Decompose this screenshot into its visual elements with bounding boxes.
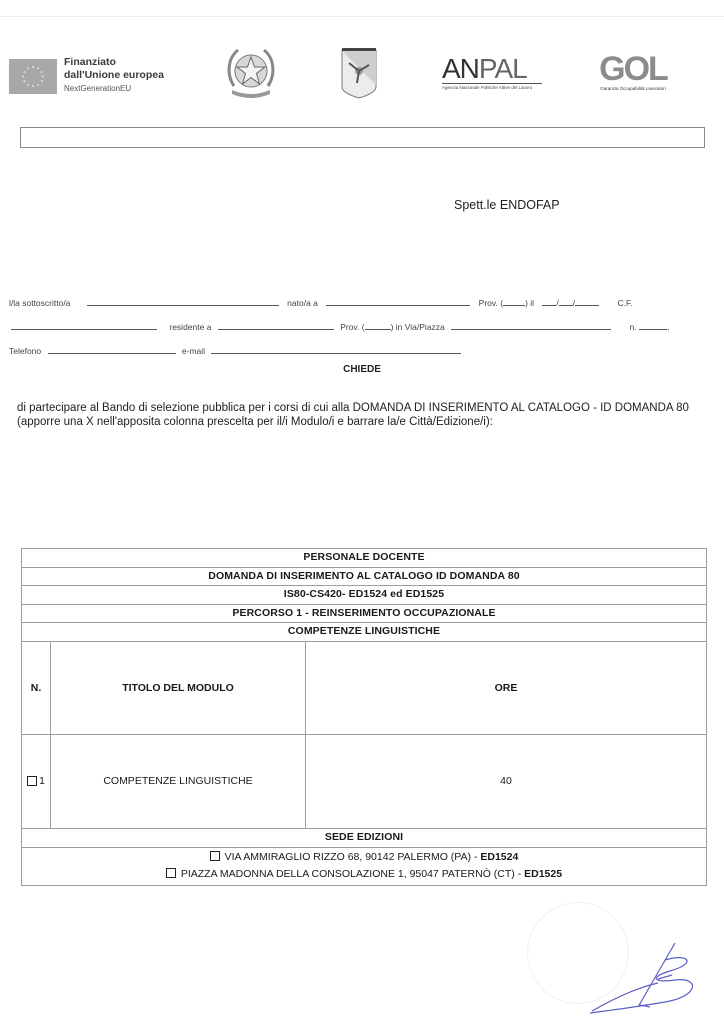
anpal-logo-dark: AN [442, 53, 479, 84]
gol-logo-text: GOL [597, 52, 669, 86]
phone-field[interactable] [48, 344, 176, 354]
label-prov: Prov. ( [479, 298, 503, 308]
eu-label-line3: NextGenerationEU [64, 82, 164, 95]
street-number-field[interactable] [639, 320, 667, 330]
label-email: e-mail [182, 346, 205, 356]
form-line-1: l/la sottoscritto/a nato/a a Prov. () il… [9, 296, 633, 308]
form-line-3: Telefono e-mail [9, 344, 461, 356]
fiscal-code-field[interactable] [11, 320, 157, 330]
page-top-edge [0, 16, 724, 17]
module-title: COMPETENZE LINGUISTICHE [51, 735, 306, 828]
column-headers: N. TITOLO DEL MODULO ORE [22, 642, 706, 735]
eu-flag-icon [9, 59, 57, 94]
emblem-italian-republic-icon [224, 44, 278, 100]
label-born-in: nato/a a [287, 298, 318, 308]
label-resident: residente a [169, 322, 211, 332]
sede-checkbox[interactable] [210, 851, 220, 861]
birth-year-field[interactable] [575, 296, 599, 306]
request-paragraph: di partecipare al Bando di selezione pub… [17, 401, 707, 429]
label-street: ) in Via/Piazza [391, 322, 445, 332]
request-title: CHIEDE [0, 364, 724, 375]
module-hours: 40 [306, 735, 706, 828]
module-number: 1 [39, 775, 45, 787]
coat-of-arms-sicily-icon [341, 47, 377, 99]
eu-label-line2: dall'Unione europea [64, 69, 164, 82]
label-subscriber: l/la sottoscritto/a [9, 298, 70, 308]
label-street-number: n. [630, 322, 637, 332]
residence-province-field[interactable] [365, 320, 391, 330]
column-header-title: TITOLO DEL MODULO [51, 642, 306, 734]
birth-province-field[interactable] [503, 296, 525, 306]
birthplace-field[interactable] [326, 296, 470, 306]
table-row: 1 COMPETENZE LINGUISTICHE 40 [22, 735, 706, 829]
empty-header-box [20, 127, 705, 148]
table-header-area: COMPETENZE LINGUISTICHE [22, 623, 706, 642]
subscriber-name-field[interactable] [87, 296, 279, 306]
label-il: ) il [525, 298, 534, 308]
table-header-catalog: DOMANDA DI INSERIMENTO AL CATALOGO ID DO… [22, 568, 706, 587]
course-table: PERSONALE DOCENTE DOMANDA DI INSERIMENTO… [21, 548, 707, 886]
form-line-2: residente a Prov. () in Via/Piazza n. , [11, 320, 669, 332]
module-checkbox[interactable] [27, 776, 37, 786]
anpal-logo-light: PAL [479, 53, 527, 84]
column-header-n: N. [22, 642, 51, 734]
table-header-staff: PERSONALE DOCENTE [22, 549, 706, 568]
sede-checkbox[interactable] [166, 868, 176, 878]
label-residence-prov: Prov. ( [340, 322, 364, 332]
sede-list: VIA AMMIRAGLIO RIZZO 68, 90142 PALERMO (… [22, 848, 706, 885]
module-select-cell[interactable]: 1 [22, 735, 51, 828]
sede-option-palermo[interactable]: VIA AMMIRAGLIO RIZZO 68, 90142 PALERMO (… [22, 849, 706, 866]
table-header-code: IS80-CS420- ED1524 ed ED1525 [22, 586, 706, 605]
label-phone: Telefono [9, 346, 41, 356]
birth-day-field[interactable] [542, 296, 556, 306]
birth-month-field[interactable] [559, 296, 573, 306]
eu-label-line1: Finanziato [64, 56, 164, 69]
column-header-hours: ORE [306, 642, 706, 734]
sede-edition: ED1524 [480, 851, 518, 863]
handwritten-signature-icon [580, 935, 720, 1020]
anpal-subtitle: Agenzia Nazionale Politiche Attive del L… [442, 83, 542, 90]
addressee: Spett.le ENDOFAP [454, 198, 560, 212]
gol-logo: GOL Garanzia Occupabilità Lavoratori [597, 52, 669, 94]
table-header-path: PERCORSO 1 - REINSERIMENTO OCCUPAZIONALE [22, 605, 706, 624]
sede-address: PIAZZA MADONNA DELLA CONSOLAZIONE 1, 950… [181, 868, 524, 880]
sede-address: VIA AMMIRAGLIO RIZZO 68, 90142 PALERMO (… [225, 851, 481, 863]
label-cf: C.F. [618, 298, 633, 308]
sede-option-paterno[interactable]: PIAZZA MADONNA DELLA CONSOLAZIONE 1, 950… [22, 866, 706, 883]
street-field[interactable] [451, 320, 611, 330]
trailing-comma: , [667, 322, 669, 332]
gol-subtitle: Garanzia Occupabilità Lavoratori [597, 86, 669, 91]
eu-funding-label: Finanziato dall'Unione europea NextGener… [64, 56, 164, 95]
sede-edition: ED1525 [524, 868, 562, 880]
anpal-logo: ANPAL Agenzia Nazionale Politiche Attive… [442, 55, 542, 95]
residence-city-field[interactable] [218, 320, 334, 330]
sede-title: SEDE EDIZIONI [22, 829, 706, 848]
email-field[interactable] [211, 344, 461, 354]
